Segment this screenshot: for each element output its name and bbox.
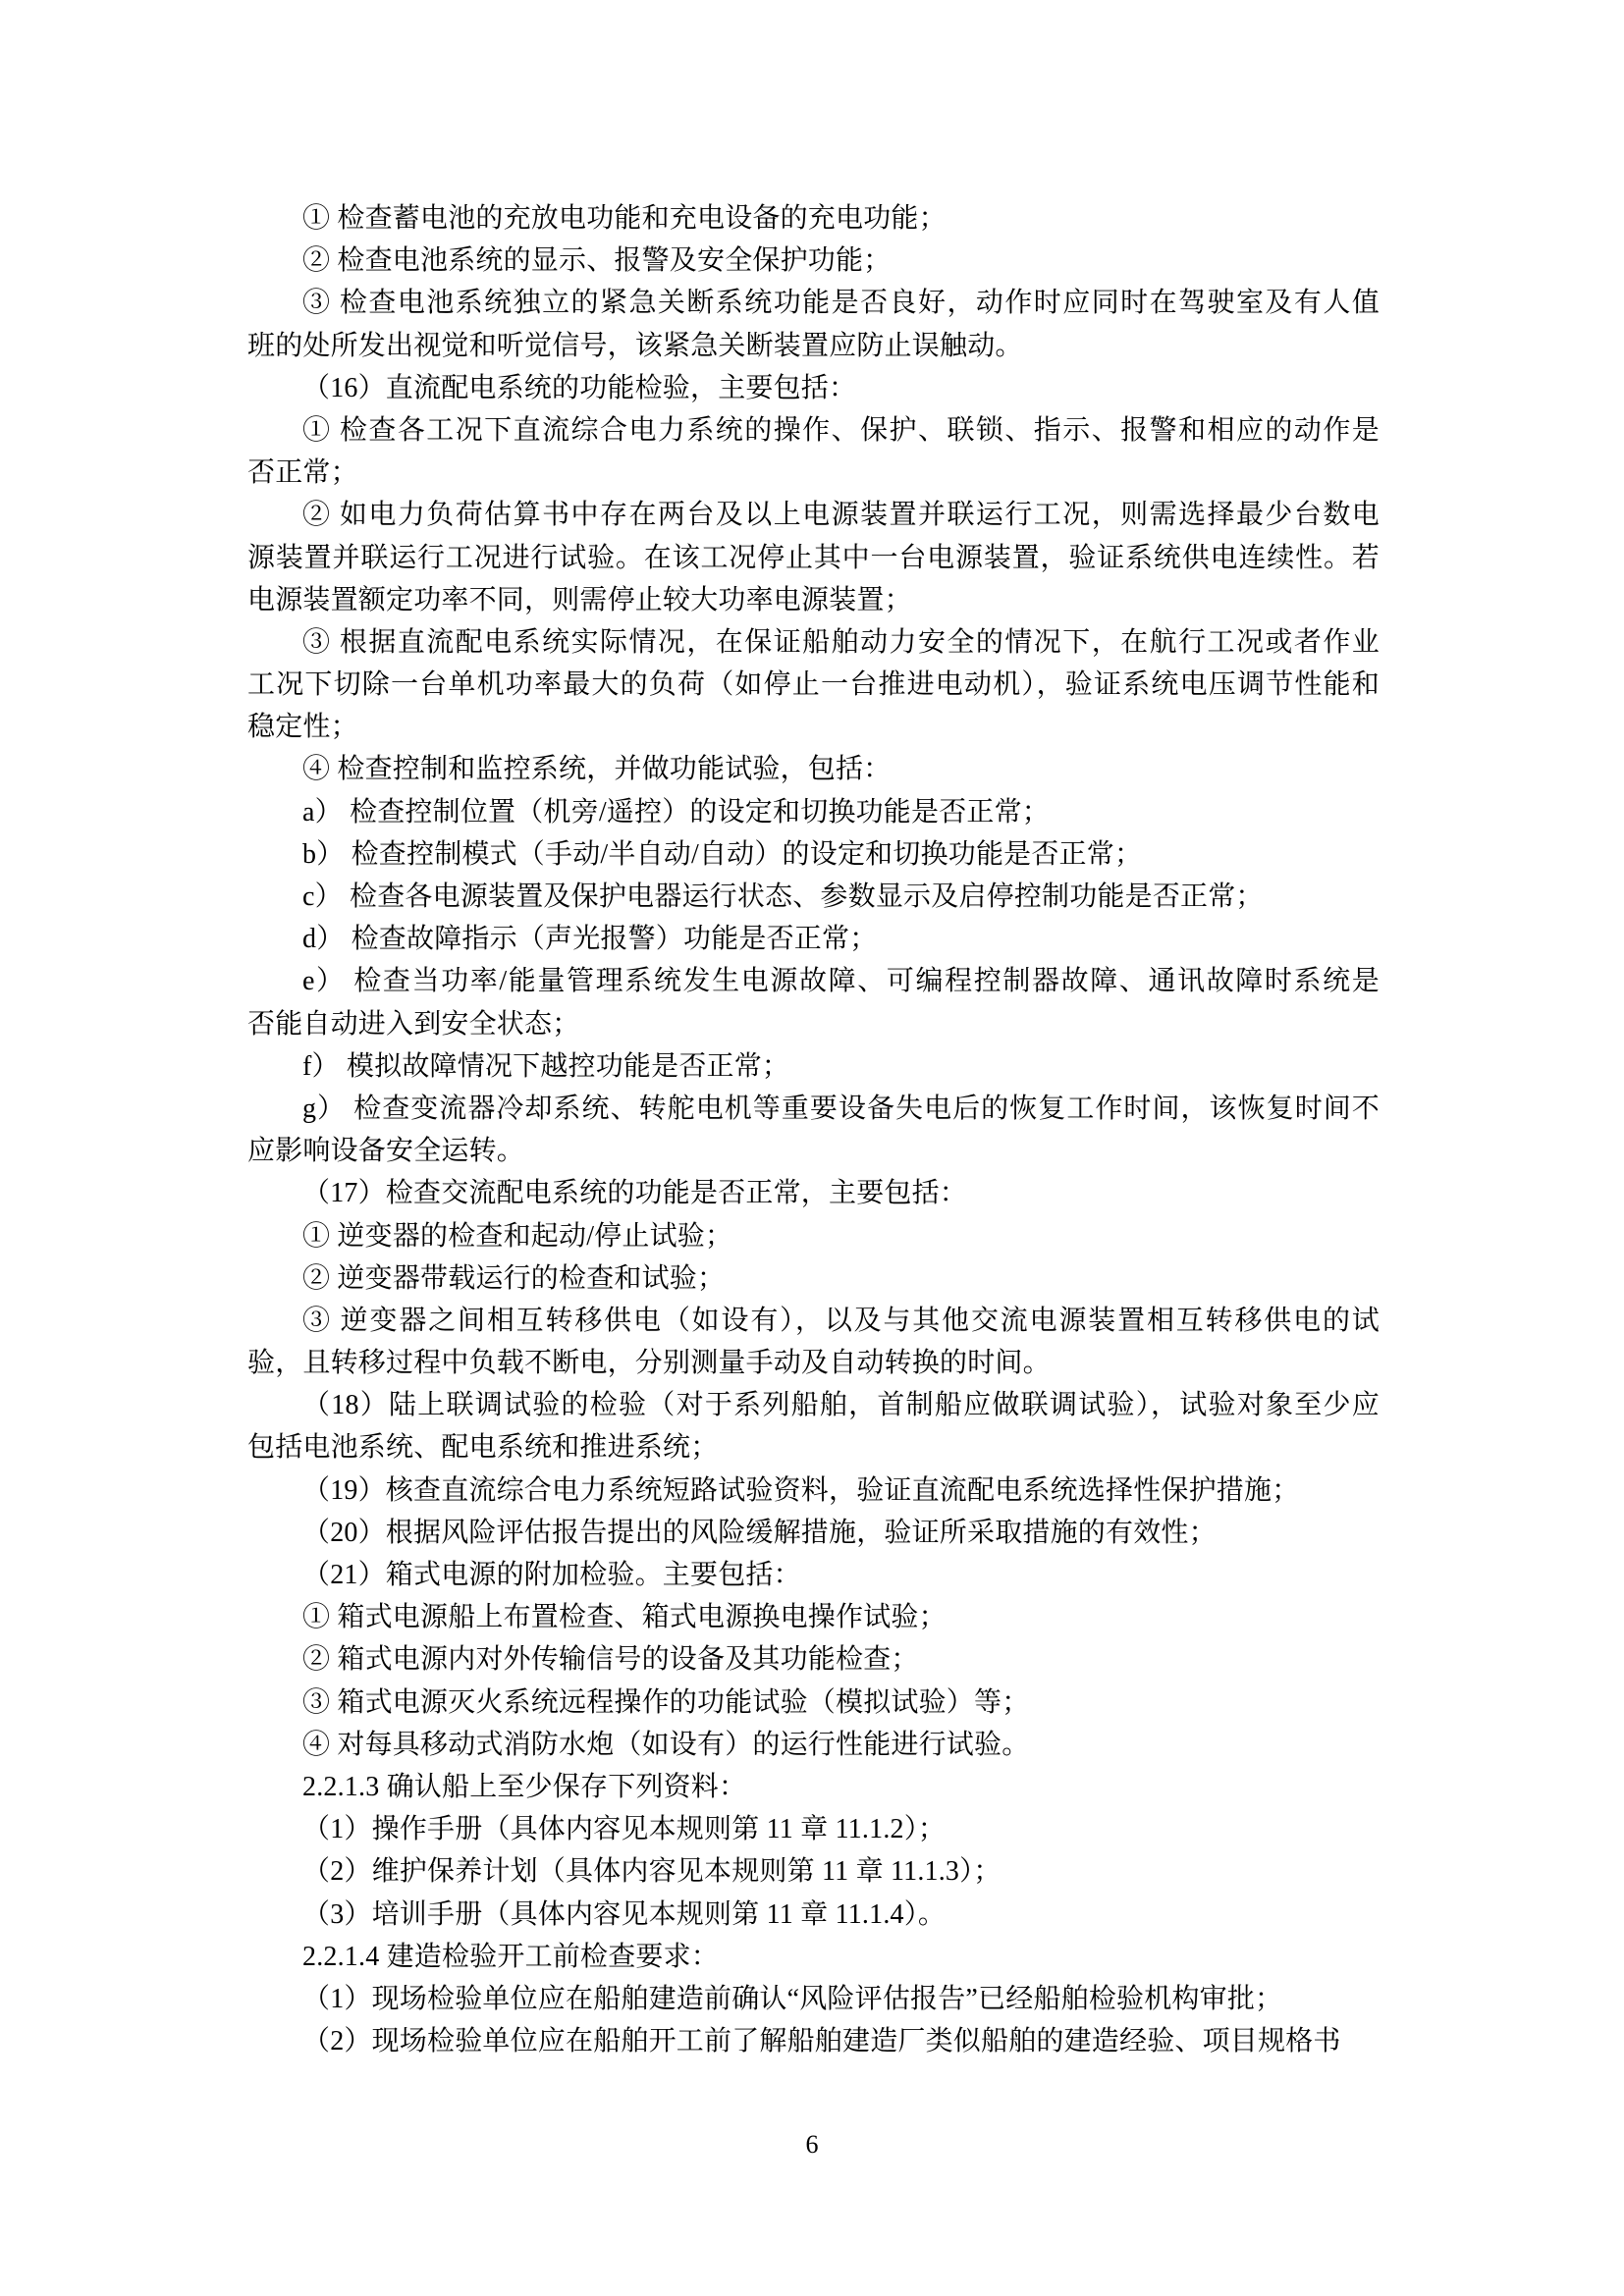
text-line: （1）现场检验单位应在船舶建造前确认“风险评估报告”已经船舶检验机构审批； — [247, 1978, 1380, 2020]
text-line: （18）陆上联调试验的检验（对于系列船舶，首制船应做联调试验），试验对象至少应 — [247, 1384, 1380, 1426]
text-line: ① 逆变器的检查和起动/停止试验； — [247, 1215, 1380, 1257]
text-line: （21）箱式电源的附加检验。主要包括： — [247, 1554, 1380, 1596]
text-line: （1）操作手册（具体内容见本规则第 11 章 11.1.2）； — [247, 1808, 1380, 1850]
text-line: ③ 逆变器之间相互转移供电（如设有），以及与其他交流电源装置相互转移供电的试 — [247, 1300, 1380, 1342]
text-line: ② 逆变器带载运行的检查和试验； — [247, 1257, 1380, 1300]
text-line: 否正常； — [247, 452, 1380, 494]
text-line: （17）检查交流配电系统的功能是否正常，主要包括： — [247, 1172, 1380, 1214]
text-line: 包括电池系统、配电系统和推进系统； — [247, 1426, 1380, 1468]
text-line: 验，且转移过程中负载不断电，分别测量手动及自动转换的时间。 — [247, 1342, 1380, 1384]
text-line: （19）核查直流综合电力系统短路试验资料，验证直流配电系统选择性保护措施； — [247, 1469, 1380, 1512]
text-line: ② 检查电池系统的显示、报警及安全保护功能； — [247, 240, 1380, 282]
text-line: g） 检查变流器冷却系统、转舵电机等重要设备失电后的恢复工作时间，该恢复时间不 — [247, 1088, 1380, 1130]
text-line: ④ 检查控制和监控系统，并做功能试验，包括： — [247, 748, 1380, 790]
text-line: 电源装置额定功率不同，则需停止较大功率电源装置； — [247, 579, 1380, 621]
text-line: ③ 检查电池系统独立的紧急关断系统功能是否良好，动作时应同时在驾驶室及有人值 — [247, 282, 1380, 324]
text-line: （20）根据风险评估报告提出的风险缓解措施，验证所采取措施的有效性； — [247, 1512, 1380, 1554]
text-line: a） 检查控制位置（机旁/遥控）的设定和切换功能是否正常； — [247, 791, 1380, 833]
page-number: 6 — [0, 2130, 1624, 2160]
text-line: b） 检查控制模式（手动/半自动/自动）的设定和切换功能是否正常； — [247, 833, 1380, 876]
text-line: ① 检查蓄电池的充放电功能和充电设备的充电功能； — [247, 197, 1380, 240]
text-line: f） 模拟故障情况下越控功能是否正常； — [247, 1045, 1380, 1088]
text-line: 2.2.1.3 确认船上至少保存下列资料： — [247, 1766, 1380, 1808]
text-line: e） 检查当功率/能量管理系统发生电源故障、可编程控制器故障、通讯故障时系统是 — [247, 960, 1380, 1002]
text-line: ③ 箱式电源灭火系统远程操作的功能试验（模拟试验）等； — [247, 1682, 1380, 1724]
text-line: （2）现场检验单位应在船舶开工前了解船舶建造厂类似船舶的建造经验、项目规格书 — [247, 2020, 1380, 2062]
text-line: 班的处所发出视觉和听觉信号，该紧急关断装置应防止误触动。 — [247, 325, 1380, 367]
text-line: 2.2.1.4 建造检验开工前检查要求： — [247, 1936, 1380, 1978]
document-page: ① 检查蓄电池的充放电功能和充电设备的充电功能；② 检查电池系统的显示、报警及安… — [0, 0, 1624, 2296]
text-line: 应影响设备安全运转。 — [247, 1130, 1380, 1172]
text-line: ① 检查各工况下直流综合电力系统的操作、保护、联锁、指示、报警和相应的动作是 — [247, 409, 1380, 452]
document-text: ① 检查蓄电池的充放电功能和充电设备的充电功能；② 检查电池系统的显示、报警及安… — [247, 197, 1380, 2062]
text-line: ② 箱式电源内对外传输信号的设备及其功能检查； — [247, 1638, 1380, 1681]
text-line: 稳定性； — [247, 706, 1380, 748]
text-line: 工况下切除一台单机功率最大的负荷（如停止一台推进电动机），验证系统电压调节性能和 — [247, 664, 1380, 706]
text-line: 否能自动进入到安全状态； — [247, 1003, 1380, 1045]
text-line: （16）直流配电系统的功能检验，主要包括： — [247, 367, 1380, 409]
text-line: 源装置并联运行工况进行试验。在该工况停止其中一台电源装置，验证系统供电连续性。若 — [247, 537, 1380, 579]
text-line: ④ 对每具移动式消防水炮（如设有）的运行性能进行试验。 — [247, 1724, 1380, 1766]
text-line: ③ 根据直流配电系统实际情况，在保证船舶动力安全的情况下，在航行工况或者作业 — [247, 621, 1380, 664]
text-line: （2）维护保养计划（具体内容见本规则第 11 章 11.1.3）； — [247, 1850, 1380, 1893]
text-line: c） 检查各电源装置及保护电器运行状态、参数显示及启停控制功能是否正常； — [247, 876, 1380, 918]
text-line: ② 如电力负荷估算书中存在两台及以上电源装置并联运行工况，则需选择最少台数电 — [247, 494, 1380, 536]
text-line: ① 箱式电源船上布置检查、箱式电源换电操作试验； — [247, 1596, 1380, 1638]
text-line: d） 检查故障指示（声光报警）功能是否正常； — [247, 918, 1380, 960]
text-line: （3）培训手册（具体内容见本规则第 11 章 11.1.4）。 — [247, 1894, 1380, 1936]
